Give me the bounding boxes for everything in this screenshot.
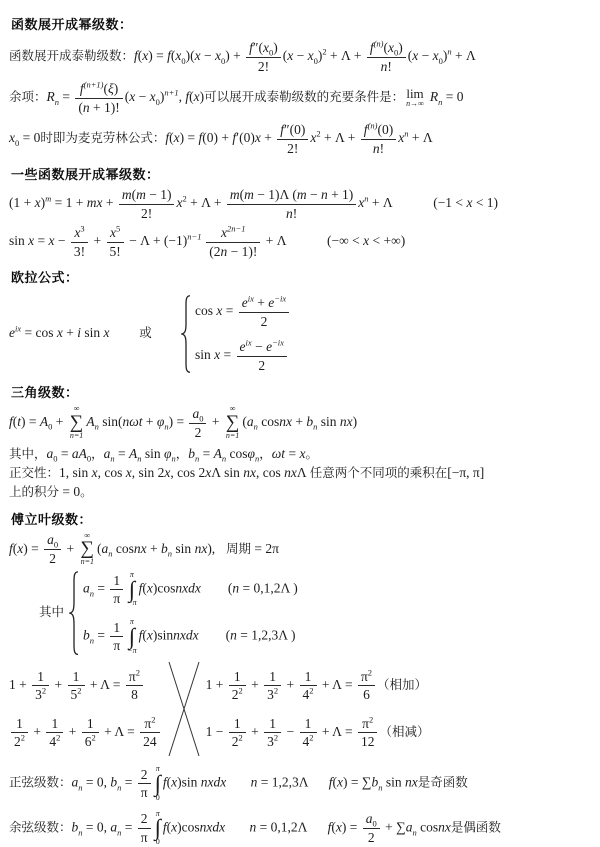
math-variable: R: [430, 89, 438, 104]
fraction-numerator: 2: [138, 767, 151, 785]
math-roman-text: 2!: [258, 59, 269, 74]
math-roman-text: − 1)!: [227, 244, 257, 259]
fraction-denominator: 42: [300, 686, 317, 703]
math-roman-text: + Λ: [262, 233, 286, 248]
fraction-numerator: 1: [110, 573, 123, 591]
chinese-text: 时即为麦克劳林公式：: [40, 131, 165, 145]
fraction-numerator: x2n−1: [206, 225, 260, 243]
math-fraction: π224: [140, 716, 160, 750]
math-superscript: 2: [239, 733, 243, 743]
math-roman-text: ) =: [21, 414, 40, 429]
fraction-numerator: a0: [363, 811, 380, 829]
sum-lower-limit: n=1: [226, 432, 239, 441]
math-roman-text: 2: [49, 551, 56, 566]
math-roman-text: 1 −: [206, 724, 227, 739]
math-roman-text: = 1,2,3Λ: [257, 775, 308, 790]
math-fraction: π26: [358, 669, 375, 703]
math-roman-text: +: [254, 295, 268, 310]
math-roman-text: 1: [113, 573, 120, 588]
integral-lower-limit: 0: [156, 838, 160, 847]
math-roman-text: sin: [9, 233, 28, 248]
math-roman-text: + 1): [328, 187, 354, 202]
fourier-series-line: f(x) = a02 + ∞∑n=1(an cosnx + bn sin nx)…: [9, 532, 596, 568]
fraction-denominator: 2: [239, 313, 289, 330]
math-roman-text: =: [220, 347, 234, 362]
math-roman-text: 1: [234, 716, 241, 731]
left-brace: [181, 295, 191, 373]
math-superscript: 2: [368, 667, 372, 677]
fraction-numerator: m(m − 1): [119, 187, 175, 205]
math-roman-text: +: [102, 195, 116, 210]
math-roman-text: − 1): [146, 187, 172, 202]
math-roman-text: =: [59, 89, 73, 104]
math-roman-text: 6: [363, 687, 370, 702]
fraction-denominator: 22: [229, 686, 246, 703]
integral-operator: π∫−π: [127, 571, 136, 608]
integral-lower-limit: −π: [127, 647, 136, 656]
math-roman-text: (0) +: [202, 130, 232, 145]
fraction-numerator: eix − e−ix: [237, 339, 287, 357]
math-subscript: 0: [372, 819, 376, 829]
math-fraction: 132: [32, 669, 49, 703]
math-superscript: 3: [80, 224, 84, 234]
fraction-numerator: π2: [358, 669, 375, 687]
math-roman-text: +: [208, 414, 222, 429]
math-fraction: 2π: [138, 767, 151, 801]
integral-lower-limit: −π: [127, 599, 136, 608]
math-variable: ωt: [272, 446, 285, 461]
equation-row: 1 + 122 + 132 + 142 + Λ = π26（相加）: [206, 669, 430, 703]
math-roman-text: 2!: [287, 141, 298, 156]
fraction-denominator: 2: [237, 357, 287, 374]
fraction-numerator: x3: [71, 225, 88, 243]
math-variable: mx: [87, 195, 103, 210]
math-roman-text: =: [199, 446, 213, 461]
math-roman-text: 3: [267, 687, 274, 702]
math-variable: aA: [72, 446, 87, 461]
fraction-numerator: x5: [107, 225, 124, 243]
fraction-denominator: n!: [227, 205, 356, 222]
math-roman-text: sin: [317, 414, 340, 429]
math-fraction: m(m − 1)2!: [119, 187, 175, 221]
math-fraction: a02: [44, 532, 61, 566]
math-variable: b: [83, 628, 90, 643]
fraction-denominator: 3!: [71, 243, 88, 260]
math-roman-text: 1: [305, 669, 312, 684]
math-roman-text: 6: [85, 734, 92, 749]
math-superscript: 2: [309, 733, 313, 743]
integral-symbol: ∫: [129, 580, 135, 600]
math-roman-text: 1 +: [206, 677, 227, 692]
math-roman-text: +: [30, 724, 44, 739]
math-variable: m: [122, 187, 132, 202]
math-superscript: n−1: [187, 232, 201, 242]
math-fraction: x33!: [71, 225, 88, 259]
math-superscript: 2: [369, 714, 373, 724]
math-roman-text: ): [273, 40, 278, 55]
math-roman-text: π: [113, 591, 120, 606]
math-fraction: 162: [82, 716, 99, 750]
math-roman-text: cos: [258, 414, 279, 429]
math-roman-text: < +∞): [369, 233, 405, 248]
math-superscript: (n+1): [84, 80, 104, 90]
fraction-denominator: 2: [363, 829, 380, 846]
math-roman-text: ) =: [169, 414, 188, 429]
math-roman-text: + Λ: [369, 195, 393, 210]
math-roman-text: 1: [269, 716, 276, 731]
fraction-denominator: 12: [358, 733, 378, 750]
math-roman-text: + Λ: [452, 48, 476, 63]
math-roman-text: [−π, π]: [447, 465, 484, 480]
integral-operator: π∫0: [155, 810, 161, 847]
chinese-text: 或: [139, 326, 152, 340]
integral-symbol: ∫: [155, 774, 161, 794]
chinese-text: 正交性：: [9, 466, 59, 480]
math-variable: A: [86, 414, 94, 429]
sum-lower-limit: n=1: [81, 558, 94, 567]
equation-row: 1 − 122 + 132 − 142 + Λ = π212（相减）: [206, 716, 430, 750]
cases-row: cos x = eix + e−ix2: [195, 295, 291, 329]
math-roman-text: 2: [258, 358, 265, 373]
chinese-text: 其中，: [9, 447, 47, 461]
fraction-denominator: 52: [68, 686, 85, 703]
fraction-numerator: π2: [126, 669, 143, 687]
math-variable: nx: [438, 819, 451, 834]
taylor-series-line: 函数展开成泰勒级数：f(x) = f(x0)(x − x0) + f″(x0)2…: [9, 40, 596, 74]
math-roman-text: 3: [35, 687, 42, 702]
math-variable: nωt: [122, 414, 142, 429]
math-roman-text: 2: [232, 734, 239, 749]
math-superscript: 2: [21, 733, 25, 743]
math-roman-text: ) =: [342, 819, 361, 834]
math-roman-text: = cos: [21, 325, 57, 340]
math-roman-text: −: [252, 339, 266, 354]
math-fraction: a02: [363, 811, 380, 845]
chinese-text: 可以展开成泰勒级数的充要条件是：: [204, 90, 404, 104]
chinese-text: 正弦级数：: [9, 776, 72, 790]
chinese-text: ，: [259, 447, 272, 461]
math-fraction: 152: [68, 669, 85, 703]
fourier-coefficients-line: 其中an = 1ππ∫−πf(x)cosnxdx(n = 0,1,2Λ )bn …: [39, 571, 596, 655]
fraction-denominator: π: [110, 590, 123, 607]
cases-row: an = 1ππ∫−πf(x)cosnxdx(n = 0,1,2Λ ): [83, 571, 298, 608]
math-roman-text: ),: [207, 540, 215, 555]
fraction-numerator: 1: [11, 716, 28, 734]
math-roman-text: = 0,: [83, 819, 111, 834]
math-variable: n: [321, 187, 328, 202]
fraction-numerator: f(n)(0): [361, 122, 396, 140]
fraction-denominator: 62: [82, 733, 99, 750]
fraction-numerator: a0: [44, 532, 61, 550]
binomial-series-line: (1 + x)m = 1 + mx + m(m − 1)2!x2 + Λ + m…: [9, 187, 596, 221]
math-roman-text: +: [248, 724, 262, 739]
fraction-numerator: 2: [138, 811, 151, 829]
math-fraction: f(n)(x0)n!: [367, 40, 406, 74]
math-roman-text: ′(0): [236, 130, 255, 145]
math-roman-text: ″(: [253, 40, 263, 55]
fraction-numerator: m(m − 1)Λ (m − n + 1): [227, 187, 356, 205]
fraction-numerator: 1: [300, 716, 317, 734]
fraction-numerator: 1: [264, 716, 281, 734]
math-roman-text: 1: [16, 716, 23, 731]
math-roman-text: 2: [141, 767, 148, 782]
math-roman-text: =: [222, 303, 236, 318]
math-superscript: 2n−1: [227, 224, 246, 234]
math-roman-text: sin: [172, 540, 195, 555]
math-superscript: 2: [239, 686, 243, 696]
cases-row: bn = 1ππ∫−πf(x)sinnxdx(n = 1,2,3Λ ): [83, 618, 298, 655]
fraction-numerator: f″(0): [277, 122, 308, 140]
math-roman-text: = 0,: [83, 775, 111, 790]
fraction-denominator: n!: [361, 140, 396, 157]
math-roman-text: +: [52, 414, 66, 429]
math-roman-text: cos: [113, 540, 134, 555]
orthogonality-line-2: 上的积分 = 0。: [9, 483, 596, 501]
math-superscript: 2: [274, 733, 278, 743]
math-roman-text: π: [361, 669, 368, 684]
trig-series-line: f(t) = A0 + ∞∑n=1An sin(nωt + φn) = a02 …: [9, 405, 596, 441]
fraction-denominator: 42: [46, 733, 63, 750]
fraction-denominator: 2!: [119, 205, 175, 222]
cosine-fourier-series-line: 余弦级数：bn = 0, an = 2ππ∫0f(x)cosnxdxn = 0,…: [9, 810, 596, 847]
math-variable: m: [136, 187, 146, 202]
integral-symbol: ∫: [129, 627, 135, 647]
math-roman-text: +: [51, 677, 65, 692]
math-roman-text: +: [261, 130, 275, 145]
math-roman-text: (0): [377, 122, 393, 137]
math-variable: a: [47, 532, 54, 547]
math-roman-text: )cos: [177, 819, 200, 834]
chinese-text: 余项：: [9, 90, 47, 104]
math-fraction: eix − e−ix2: [237, 339, 287, 373]
math-roman-text: ) = ∑: [343, 775, 371, 790]
math-roman-text: 3!: [74, 244, 85, 259]
fraction-denominator: 32: [264, 733, 281, 750]
math-variable: a: [83, 581, 90, 596]
math-variable: A: [40, 414, 48, 429]
math-roman-text: 2: [141, 811, 148, 826]
chinese-text: 是奇函数: [418, 776, 468, 790]
math-roman-text: 8: [131, 687, 138, 702]
math-roman-text: sin(: [99, 414, 123, 429]
math-roman-text: 3: [267, 734, 274, 749]
math-roman-text: cos: [417, 819, 438, 834]
cases-group: cos x = eix + e−ix2sin x = eix − e−ix2: [181, 295, 291, 373]
fraction-denominator: 8: [126, 686, 143, 703]
math-roman-text: π: [362, 716, 369, 731]
fraction-denominator: π: [138, 829, 151, 846]
orthogonality-line-1: 正交性：1, sin x, cos x, sin 2x, cos 2xΛ sin…: [9, 464, 596, 482]
math-roman-text: = 0,1,2Λ ): [239, 581, 298, 596]
trig-coefficients-line: 其中，a0 = aA0，an = An sin φn，bn = An cosφn…: [9, 445, 596, 463]
math-superscript: −ix: [274, 294, 286, 304]
fraction-numerator: 1: [110, 620, 123, 638]
math-roman-text: )sin: [153, 628, 173, 643]
math-roman-text: + ∑: [382, 819, 406, 834]
math-superscript: 5: [116, 224, 120, 234]
math-fraction: f(n+1)(ξ)(n + 1)!: [75, 81, 122, 115]
fraction-denominator: 2!: [246, 58, 281, 75]
cases-rows: an = 1ππ∫−πf(x)cosnxdx(n = 0,1,2Λ )bn = …: [83, 571, 298, 655]
section-heading-power-series: 函数展开成幂级数：: [11, 14, 596, 33]
math-roman-text: cos: [195, 303, 216, 318]
equation-row: 1 + 132 + 152 + Λ = π28: [9, 669, 162, 703]
math-roman-text: , cos 2: [170, 465, 205, 480]
math-variable: b: [161, 540, 168, 555]
fraction-denominator: π: [110, 637, 123, 654]
math-roman-text: !: [293, 206, 298, 221]
math-roman-text: =: [34, 233, 48, 248]
math-roman-text: −: [135, 89, 149, 104]
math-roman-text: sin: [81, 325, 104, 340]
section-heading-euler: 欧拉公式：: [11, 267, 596, 286]
math-superscript: 2: [92, 733, 96, 743]
math-fraction: x2n−1(2n − 1)!: [206, 225, 260, 259]
math-roman-text: = 0,1,2Λ: [256, 819, 307, 834]
fraction-numerator: f(n+1)(ξ): [75, 81, 122, 99]
math-roman-text: π: [141, 830, 148, 845]
math-variable: nx: [284, 465, 297, 480]
fraction-denominator: 6: [358, 686, 375, 703]
chinese-text: 余弦级数：: [9, 820, 72, 834]
limit-operator: limn→∞: [406, 87, 424, 109]
chinese-text: 其中: [39, 605, 64, 619]
fraction-denominator: 2: [44, 550, 61, 567]
math-variable: φ: [164, 446, 171, 461]
fraction-numerator: eix + e−ix: [239, 295, 289, 313]
math-variable: nx: [195, 540, 208, 555]
math-roman-text: π: [113, 638, 120, 653]
math-superscript: 2: [151, 714, 155, 724]
math-variable: n: [286, 206, 293, 221]
math-variable: m: [297, 187, 307, 202]
math-fraction: a02: [189, 406, 206, 440]
fraction-numerator: 1: [46, 716, 63, 734]
equation-row: 122 + 142 + 162 + Λ = π224: [9, 716, 162, 750]
math-superscript: 2: [309, 686, 313, 696]
math-fraction: f(n)(0)n!: [361, 122, 396, 156]
remainder-line: 余项：Rn = f(n+1)(ξ)(n + 1)!(x − x0)n+1, f(…: [9, 81, 596, 115]
cases-group: an = 1ππ∫−πf(x)cosnxdx(n = 0,1,2Λ )bn = …: [69, 571, 298, 655]
math-variable: a: [247, 414, 254, 429]
math-roman-text: =: [121, 775, 135, 790]
section-heading-fourier: 傅立叶级数：: [11, 509, 596, 528]
fraction-denominator: (n + 1)!: [75, 99, 122, 116]
math-variable: nx: [340, 414, 353, 429]
math-fraction: π212: [358, 716, 378, 750]
math-variable: φ: [248, 446, 255, 461]
math-roman-text: +: [65, 724, 79, 739]
math-roman-text: 2: [261, 314, 268, 329]
fraction-numerator: π2: [140, 716, 160, 734]
math-roman-text: sin: [382, 775, 405, 790]
math-variable: nxdx: [173, 628, 198, 643]
math-roman-text: 2: [195, 425, 202, 440]
math-variable: n: [83, 100, 90, 115]
integral-lower-limit: 0: [156, 794, 160, 803]
fraction-numerator: 1: [229, 669, 246, 687]
math-roman-text: 12: [361, 734, 375, 749]
math-superscript: 2: [42, 686, 46, 696]
math-roman-text: 1, sin: [59, 465, 92, 480]
math-roman-text: 1 +: [9, 677, 30, 692]
math-superscript: (n): [374, 39, 384, 49]
math-roman-text: =: [94, 628, 108, 643]
fraction-denominator: π: [138, 784, 151, 801]
math-fraction: 122: [229, 716, 246, 750]
math-roman-text: + Λ =: [319, 724, 356, 739]
math-fraction: π28: [126, 669, 143, 703]
math-roman-text: + 1)!: [90, 100, 120, 115]
math-roman-text: ): [114, 81, 119, 96]
math-variable: x: [104, 325, 110, 340]
math-roman-text: !: [380, 141, 385, 156]
math-roman-text: −: [293, 48, 307, 63]
math-superscript: −ix: [272, 338, 284, 348]
section-heading-trig-series: 三角级数：: [11, 382, 596, 401]
math-roman-text: − Λ + (−1): [126, 233, 188, 248]
math-roman-text: 2: [14, 734, 21, 749]
math-roman-text: ) +: [225, 48, 244, 63]
math-roman-text: 1: [87, 716, 94, 731]
math-roman-text: Λ sin: [211, 465, 243, 480]
fraction-denominator: 24: [140, 733, 160, 750]
limit-subscript: n→∞: [406, 100, 424, 109]
math-fraction: 1π: [110, 573, 123, 607]
math-subscript: 0: [54, 540, 58, 550]
math-roman-text: ) =: [180, 130, 199, 145]
math-roman-text: =: [94, 581, 108, 596]
math-variable: nx: [134, 540, 147, 555]
math-roman-text: +: [147, 540, 161, 555]
math-fraction: f″(x0)2!: [246, 40, 281, 74]
math-roman-text: = 0: [442, 89, 463, 104]
math-fraction: eix + e−ix2: [239, 295, 289, 329]
chinese-text: 。: [80, 485, 93, 499]
math-fraction: x55!: [107, 225, 124, 259]
math-fraction: m(m − 1)Λ (m − n + 1)n!: [227, 187, 356, 221]
math-roman-text: − 1)Λ (: [254, 187, 297, 202]
fraction-denominator: 42: [300, 733, 317, 750]
math-roman-text: cos: [226, 446, 247, 461]
math-roman-text: −: [418, 48, 432, 63]
math-roman-text: < 1): [472, 195, 498, 210]
math-roman-text: = 1,2,3Λ ): [237, 628, 296, 643]
fraction-denominator: (2n − 1)!: [206, 243, 260, 260]
sum-lower-limit: n=1: [70, 432, 83, 441]
math-superscript: 2: [77, 686, 81, 696]
math-subscript: 0: [199, 414, 203, 424]
fraction-numerator: a0: [189, 406, 206, 424]
math-roman-text: 1: [73, 669, 80, 684]
math-fraction: 142: [46, 716, 63, 750]
chinese-text: 上的积分: [9, 485, 59, 499]
math-roman-text: 1: [52, 716, 59, 731]
math-fraction: 142: [300, 669, 317, 703]
math-variable: nxdx: [200, 819, 225, 834]
integral-operator: π∫−π: [127, 618, 136, 655]
math-roman-text: +: [63, 325, 77, 340]
math-roman-text: + Λ +: [327, 48, 365, 63]
math-roman-text: =: [115, 446, 129, 461]
math-superscript: (n): [368, 121, 378, 131]
cross-lines: [167, 660, 201, 758]
sine-expansion-line: sin x = x − x33! + x55! − Λ + (−1)n−1x2n…: [9, 225, 596, 259]
math-roman-text: + Λ =: [101, 724, 138, 739]
fraction-denominator: 22: [229, 733, 246, 750]
math-variable: A: [214, 446, 222, 461]
math-roman-text: −: [55, 233, 69, 248]
